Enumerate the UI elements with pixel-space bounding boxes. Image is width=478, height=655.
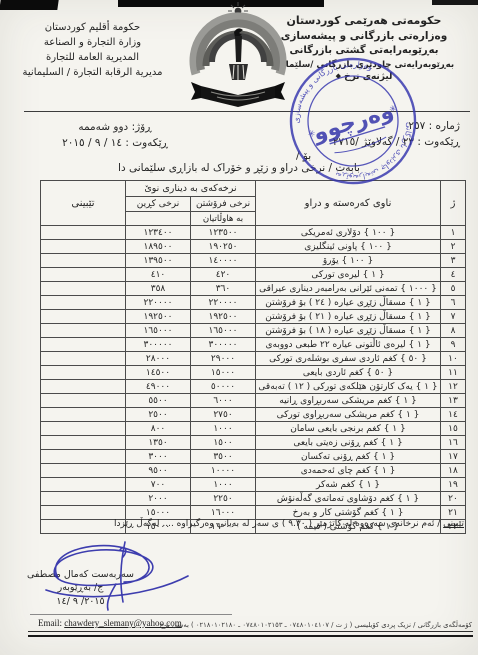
buy-price: ١٥٠٠٠ [126, 506, 191, 520]
row-note [41, 240, 126, 254]
sell-price: ٥٠٠٠٠ [191, 380, 256, 394]
item-name: { ١ } مسقاڵ زێڕی عیارە ( ٢٤ ) بۆ فرۆشتن [256, 296, 441, 310]
sell-price: ١٩٢٥٠٠ [191, 310, 256, 324]
item-name: { ١ } مسقاڵ زێڕی عیارە ( ١٨ ) بۆ فرۆشتن [256, 324, 441, 338]
sell-price: ٣٥٠٠ [191, 450, 256, 464]
row-number: ٤ [441, 268, 466, 282]
sell-price: ١٦٠٠٠ [191, 506, 256, 520]
buy-price: ١٣٩٥٠٠ [126, 254, 191, 268]
sell-price: ٣٦٠ [191, 282, 256, 296]
buy-price: ١٦٥٠٠٠ [126, 324, 191, 338]
col-header-notes: تێبینی [41, 181, 126, 226]
item-name: { ١ } کغم گۆشتی کار و بەرخ [256, 506, 441, 520]
price-table-body: ١ { ١٠٠ } دۆلاری ئەمریکی ١٢٣٥٠٠ ١٢٣٤٠٠ ٢… [41, 226, 466, 534]
sell-price: ٢٢٠٠٠٠ [191, 296, 256, 310]
note-text: / ئەم نرخانەی سەرەوە لە کاتژمێر ( ٩.٣٠ )… [114, 519, 443, 529]
office-address: کۆمەڵگەی بازرگانی / نزیک پردی کۆیلیسی ( … [160, 621, 472, 629]
table-row: ٦ { ١ } مسقاڵ زێڕی عیارە ( ٢٤ ) بۆ فرۆشت… [41, 296, 466, 310]
row-number: ٣ [441, 254, 466, 268]
table-row: ٢١ { ١ } کغم گۆشتی کار و بەرخ ١٦٠٠٠ ١٥٠٠… [41, 506, 466, 520]
sell-price: ١٠٠٠٠ [191, 464, 256, 478]
note-label: تێبینی [443, 519, 464, 529]
buy-price: ٢٢٠٠٠٠ [126, 296, 191, 310]
table-row: ٨ { ١ } مسقاڵ زێڕی عیارە ( ١٨ ) بۆ فرۆشت… [41, 324, 466, 338]
row-number: ٢ [441, 240, 466, 254]
document-meta-left: ڕۆژ: دوو شەممە ڕێکەوت : ١٤ / ٩ / ٢٠١٥ [60, 120, 170, 152]
item-name: { ٥٠ } کغم ئاردی سفری بوشلەری تورکی [256, 352, 441, 366]
row-note [41, 226, 126, 240]
item-name: { ١ } لیرەی ئاڵتونی عیارە ٢٢ طبعی دووبەی [256, 338, 441, 352]
row-number: ١٥ [441, 422, 466, 436]
item-name: { ٥٠ } کغم ئاردی بایعی [256, 366, 441, 380]
scan-artifact [432, 0, 478, 5]
table-row: ٤ { ١ } لیرەی تورکی ٤٢٠ ٤١٠ [41, 268, 466, 282]
bottom-rule-thin [28, 631, 473, 632]
table-row: ١ { ١٠٠ } دۆلاری ئەمریکی ١٢٣٥٠٠ ١٢٣٤٠٠ [41, 226, 466, 240]
header-line: وزارة التجارة و الصناعة [10, 35, 175, 50]
row-number: ١٤ [441, 408, 466, 422]
item-name: { ١٠٠٠ } تمەنی ئێرانی بەرامبەر دیناری عی… [256, 282, 441, 296]
row-number: ١٢ [441, 380, 466, 394]
row-note [41, 436, 126, 450]
row-note [41, 296, 126, 310]
sell-price: ٣٠٠٠٠٠ [191, 338, 256, 352]
table-row: ١٦ { ١ } کغم ڕۆنی زەیتی بایعی ١٥٠٠ ١٣٥٠ [41, 436, 466, 450]
signature-icon [28, 538, 208, 616]
item-name: { ١ } کغم مریشکی سەربڕاوی تورکی [256, 408, 441, 422]
item-name: { ١٠٠ } دۆلاری ئەمریکی [256, 226, 441, 240]
buy-price: ٧٠٠ [126, 478, 191, 492]
item-name: { ١ } کغم شەکر [256, 478, 441, 492]
row-number: ٨ [441, 324, 466, 338]
row-note [41, 408, 126, 422]
row-note [41, 310, 126, 324]
row-number: ٥ [441, 282, 466, 296]
table-row: ١٣ { ١ } کغم مریشکی سەربڕاوی ڕانیە ٦٠٠٠ … [41, 394, 466, 408]
bottom-rule-thick [28, 635, 473, 637]
sell-price: ١٠٠٠ [191, 422, 256, 436]
sell-price: ١٦٥٠٠٠ [191, 324, 256, 338]
buy-price: ٤٩٠٠٠ [126, 380, 191, 394]
buy-price: ٥٥٠٠ [126, 394, 191, 408]
item-name: { ١ } کغم ڕۆنی زەیتی بایعی [256, 436, 441, 450]
col-header-buy-sub-empty [126, 212, 191, 226]
sell-price: ٦٠٠٠ [191, 394, 256, 408]
item-name: { ١ } کغم مریشکی سەربڕاوی ڕانیە [256, 394, 441, 408]
row-number: ١ [441, 226, 466, 240]
header-line: وەزارەتی بازرگانی و پیشەسازی [264, 29, 464, 44]
table-row: ١٧ { ١ } کغم ڕۆنی تەکسان ٣٥٠٠ ٣٠٠٠ [41, 450, 466, 464]
buy-price: ١٩٢٥٠٠ [126, 310, 191, 324]
buy-price: ١٨٩٥٠٠ [126, 240, 191, 254]
header-arabic: حكومة أقليم كوردستان وزارة التجارة و الص… [10, 20, 175, 80]
row-number: ٢١ [441, 506, 466, 520]
footer-note: تێبینی / ئەم نرخانەی سەرەوە لە کاتژمێر (… [46, 519, 464, 529]
row-note [41, 492, 126, 506]
sell-price: ١٥٠٠ [191, 436, 256, 450]
buy-price: ١٤٥٠٠ [126, 366, 191, 380]
day-line: ڕۆژ: دوو شەممە [60, 120, 170, 136]
col-header-price-group: نرخەکەی بە دیناری نوێ [126, 181, 256, 197]
buy-price: ٣٠٠٠٠٠ [126, 338, 191, 352]
row-note [41, 450, 126, 464]
email-label: Email: [38, 618, 64, 628]
sell-price: ١٥٠٠٠ [191, 366, 256, 380]
row-note [41, 366, 126, 380]
sell-price: ٢٢٥٠ [191, 492, 256, 506]
item-name: { ١ } مسقاڵ زێڕی عیارە ( ٢١ ) بۆ فرۆشتن [256, 310, 441, 324]
buy-price: ١٢٣٤٠٠ [126, 226, 191, 240]
row-note [41, 422, 126, 436]
scanned-document: حکومەتی هەرێمی کوردستان وەزارەتی بازرگان… [0, 0, 478, 655]
row-note [41, 338, 126, 352]
sell-price: ٢٧٥٠ [191, 408, 256, 422]
table-row: ٢ { ١٠٠ } پاونی ئینگلیزی ١٩٠٢٥٠ ١٨٩٥٠٠ [41, 240, 466, 254]
price-table: ژ ناوی کەرەستە و دراو نرخەکەی بە دیناری … [40, 180, 466, 534]
row-number: ٦ [441, 296, 466, 310]
table-row: ١٥ { ١ } کغم برنجی بایعی سامان ١٠٠٠ ٨٠٠ [41, 422, 466, 436]
item-name: { ١ } کغم چای ئەحمەدی [256, 464, 441, 478]
row-note [41, 324, 126, 338]
table-row: ٩ { ١ } لیرەی ئاڵتونی عیارە ٢٢ طبعی دووب… [41, 338, 466, 352]
col-header-sell-sub: بە هاوڵاتیان [191, 212, 256, 226]
sell-price: ١٩٠٢٥٠ [191, 240, 256, 254]
table-row: ١١ { ٥٠ } کغم ئاردی بایعی ١٥٠٠٠ ١٤٥٠٠ [41, 366, 466, 380]
table-row: ٧ { ١ } مسقاڵ زێڕی عیارە ( ٢١ ) بۆ فرۆشت… [41, 310, 466, 324]
table-row: ٥ { ١٠٠٠ } تمەنی ئێرانی بەرامبەر دیناری … [41, 282, 466, 296]
item-name: { ١٠٠ } پاونی ئینگلیزی [256, 240, 441, 254]
row-note [41, 268, 126, 282]
row-number: ١٦ [441, 436, 466, 450]
col-header-sell-price: نرخی فرۆشتن [191, 197, 256, 212]
sell-price: ٤٢٠ [191, 268, 256, 282]
item-name: { ١ } کغم دۆشاوی تەماتەی گەڵەنۆش [256, 492, 441, 506]
table-row: ١٨ { ١ } کغم چای ئەحمەدی ١٠٠٠٠ ٩٥٠٠ [41, 464, 466, 478]
row-number: ١٩ [441, 478, 466, 492]
buy-price: ٢٥٠٠ [126, 408, 191, 422]
row-note [41, 464, 126, 478]
item-name: { ١ } کغم برنجی بایعی سامان [256, 422, 441, 436]
sell-price: ١٤٠٠٠٠ [191, 254, 256, 268]
row-note [41, 394, 126, 408]
table-row: ١٤ { ١ } کغم مریشکی سەربڕاوی تورکی ٢٧٥٠ … [41, 408, 466, 422]
row-number: ١٧ [441, 450, 466, 464]
table-row: ١٢ { ١ } یەک کارتۆن هێلکەی تورکی ( ١٢ ) … [41, 380, 466, 394]
item-name: { ١ } یەک کارتۆن هێلکەی تورکی ( ١٢ ) تەب… [256, 380, 441, 394]
row-number: ١٨ [441, 464, 466, 478]
header-line: مديرية الرقابة التجارة / السليمانية [10, 65, 175, 80]
row-number: ١١ [441, 366, 466, 380]
item-name: { ١ } کغم ڕۆنی تەکسان [256, 450, 441, 464]
buy-price: ٢٠٠٠ [126, 492, 191, 506]
row-note [41, 282, 126, 296]
header-line: المديرية العامة للتجارة [10, 50, 175, 65]
row-number: ٢٠ [441, 492, 466, 506]
buy-price: ٨٠٠ [126, 422, 191, 436]
col-header-number: ژ [441, 181, 466, 226]
item-name: { ١٠٠ } یۆرۆ [256, 254, 441, 268]
table-row: ١٠ { ٥٠ } کغم ئاردی سفری بوشلەری تورکی ٢… [41, 352, 466, 366]
row-number: ١٠ [441, 352, 466, 366]
row-number: ٧ [441, 310, 466, 324]
row-number: ٩ [441, 338, 466, 352]
col-header-buy-price: نرخی کڕین [126, 197, 191, 212]
row-number: ١٣ [441, 394, 466, 408]
header-line: حكومة أقليم كوردستان [10, 20, 175, 35]
buy-price: ٩٥٠٠ [126, 464, 191, 478]
gregorian-date: ڕێکەوت : ١٤ / ٩ / ٢٠١٥ [60, 136, 170, 152]
buy-price: ٢٨٠٠٠ [126, 352, 191, 366]
scan-artifact [0, 0, 59, 10]
table-row: ٢٠ { ١ } کغم دۆشاوی تەماتەی گەڵەنۆش ٢٢٥٠… [41, 492, 466, 506]
header-line: حکومەتی هەرێمی کوردستان [264, 13, 464, 29]
table-row: ٣ { ١٠٠ } یۆرۆ ١٤٠٠٠٠ ١٣٩٥٠٠ [41, 254, 466, 268]
row-note [41, 478, 126, 492]
row-note [41, 352, 126, 366]
row-note [41, 506, 126, 520]
sell-price: ٢٩٠٠٠ [191, 352, 256, 366]
buy-price: ٣٥٨ [126, 282, 191, 296]
sell-price: ١٠٠٠ [191, 478, 256, 492]
sell-price: ١٢٣٥٠٠ [191, 226, 256, 240]
row-note [41, 380, 126, 394]
buy-price: ٤١٠ [126, 268, 191, 282]
item-name: { ١ } لیرەی تورکی [256, 268, 441, 282]
buy-price: ٣٠٠٠ [126, 450, 191, 464]
row-note [41, 254, 126, 268]
stamp-center-text: وەرچوو [309, 98, 396, 146]
buy-price: ١٣٥٠ [126, 436, 191, 450]
table-row: ١٩ { ١ } کغم شەکر ١٠٠٠ ٧٠٠ [41, 478, 466, 492]
